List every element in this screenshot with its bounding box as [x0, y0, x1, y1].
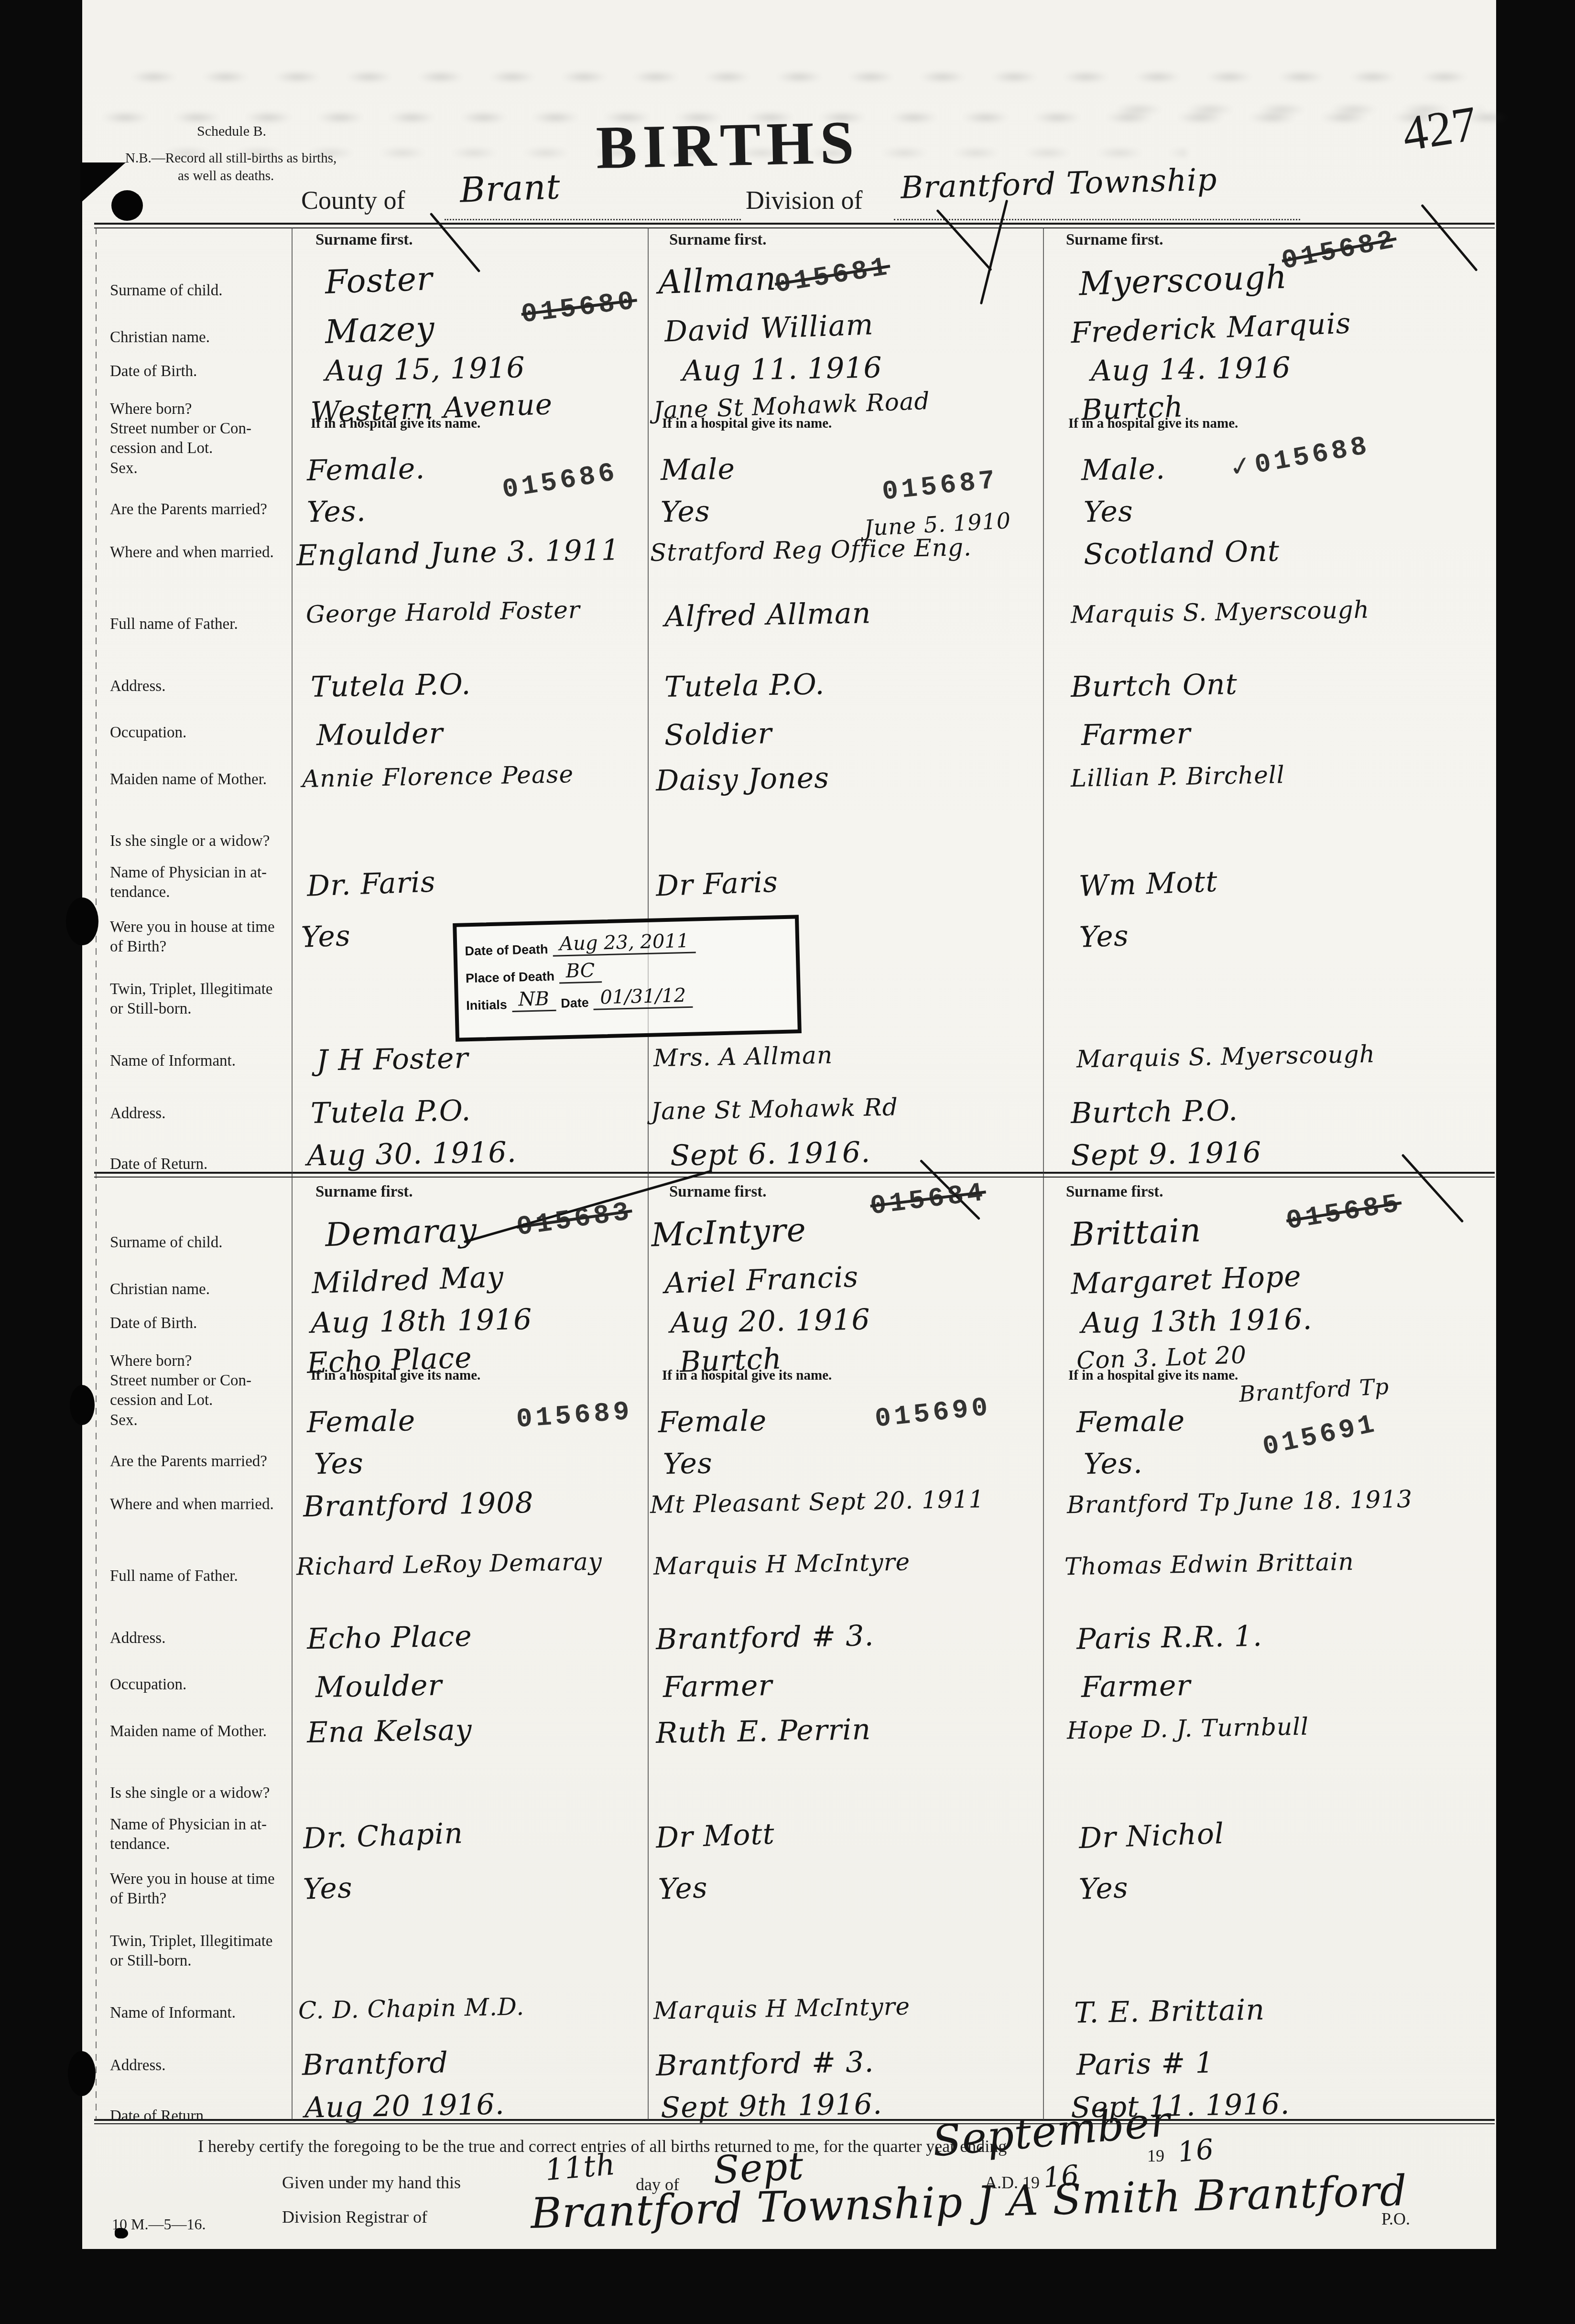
entry-informant-address: Paris # 1 [1076, 2046, 1214, 2082]
entry-date-return: Sept 9th 1916. [660, 2087, 882, 2125]
entry-sex: Female. [306, 452, 425, 487]
entry-parents-married: Yes. [306, 495, 366, 529]
entry-informant: Mrs. A Allman [653, 1041, 833, 1072]
entry-christian: Frederick Marquis [1070, 307, 1352, 350]
column-header-surname-first: Surname first. [315, 1183, 413, 1201]
entry-where-married: Brantford 1908 [303, 1486, 534, 1524]
entry-where-born: Burtch [679, 1342, 782, 1379]
row-label-informant-address: Address. [110, 1104, 287, 1124]
row-label-surname: Surname of child. [110, 281, 287, 301]
entry-dob: Aug 18th 1916 [310, 1303, 532, 1340]
entry-in-house: Yes [1079, 919, 1130, 954]
entry-physician: Dr Faris [655, 865, 779, 903]
day-value: 11th [543, 2147, 617, 2188]
page-number: 427 [1399, 95, 1481, 163]
scanned-register-page: { "page": { "number": "427", "schedule":… [0, 0, 1575, 2324]
entry-informant: T. E. Brittain [1074, 1993, 1265, 2030]
entry-where-married: England June 3. 1911 [296, 533, 620, 573]
row-label-widow: Is she single or a widow? [110, 832, 287, 851]
entry-surname: Myerscough [1078, 258, 1288, 303]
entry-sex: Female [1076, 1404, 1185, 1439]
row-label-christian: Christian name. [110, 1280, 287, 1299]
entry-father-address: Tutela P.O. [310, 668, 471, 704]
year-printed: 19 [1147, 2146, 1164, 2166]
division-registrar-label: Division Registrar of [282, 2207, 427, 2227]
row-label-occupation: Occupation. [110, 1675, 287, 1695]
entry-dob: Aug 20. 1916 [670, 1303, 870, 1340]
pen-flourish [430, 213, 481, 273]
pen-flourish [1421, 204, 1478, 271]
entry-christian: Mildred May [311, 1260, 504, 1300]
entry-where-born: Burtch [1081, 390, 1184, 427]
entry-where-born: Jane St Mohawk Road [653, 387, 930, 424]
row-label-informant-address: Address. [110, 2056, 287, 2075]
year-written: 16 [1176, 2132, 1216, 2169]
row-label-physician: Name of Physician in at- tendance. [110, 863, 287, 902]
page-title: BIRTHS [596, 107, 860, 183]
entry-mother: Hope D. J. Turnbull [1067, 1713, 1309, 1745]
entry-sex: Male [660, 453, 735, 487]
entry-physician: Dr Mott [655, 1817, 775, 1855]
county-value: Brant [459, 166, 561, 210]
punch-hole [66, 897, 98, 945]
entry-informant-address: Tutela P.O. [310, 1094, 471, 1130]
division-label: Division of [746, 185, 863, 215]
entry-where-born-extra: Brantford Tp [1238, 1373, 1390, 1407]
row-label-informant: Name of Informant. [110, 2003, 287, 2023]
row-label-informant: Name of Informant. [110, 1051, 287, 1071]
entry-christian: Margaret Hope [1070, 1260, 1302, 1301]
entry-father-address: Echo Place [306, 1620, 472, 1656]
entry-father-address: Paris R.R. 1. [1076, 1620, 1262, 1656]
entry-christian: David William [664, 308, 874, 348]
entry-in-house: Yes [1078, 1871, 1129, 1906]
row-label-father: Full name of Father. [110, 615, 287, 634]
entry-occupation: Moulder [316, 717, 443, 753]
entry-where-married: Mt Pleasant Sept 20. 1911 [650, 1485, 985, 1519]
entry-sex: Female [658, 1404, 767, 1439]
county-label: County of [301, 185, 405, 215]
entry-father: George Harold Foster [306, 596, 581, 628]
column-header-surname-first: Surname first. [669, 1183, 766, 1201]
entry-christian: Mazey [325, 310, 435, 351]
entry-physician: Dr Nichol [1078, 1817, 1225, 1856]
punch-hole [68, 2051, 96, 2096]
entry-surname: Demaray [325, 1211, 478, 1254]
entry-where-married-note: June 5. 1910 [864, 508, 1012, 541]
row-label-mother: Maiden name of Mother. [110, 770, 287, 789]
schedule-note: Schedule B. [197, 123, 266, 140]
po-label: P.O. [1381, 2209, 1410, 2229]
entry-dob: Aug 15, 1916 [325, 351, 525, 388]
row-label-return: Date of Return. [110, 1155, 287, 1174]
entry-where-born: Con 3. Lot 20 [1076, 1341, 1247, 1374]
entry-occupation: Soldier [664, 717, 772, 752]
entry-where-born: Western Avenue [310, 388, 553, 430]
row-label-mother: Maiden name of Mother. [110, 1722, 287, 1741]
entry-sex: Female [306, 1404, 415, 1439]
nb-note-line2: as well as deaths. [178, 168, 274, 184]
entry-physician: Dr. Faris [306, 865, 436, 903]
entry-dob: Aug 13th 1916. [1081, 1303, 1313, 1340]
death-initials-label: Initials [466, 997, 507, 1013]
entry-date-return: Aug 30. 1916. [306, 1135, 517, 1173]
row-label-in-house: Were you in house at time of Birth? [110, 918, 287, 957]
given-under-hand-label: Given under my hand this [282, 2173, 461, 2193]
ink-blot [115, 2228, 128, 2238]
death-initials-value: NB [511, 988, 556, 1012]
row-label-return: Date of Return. [110, 2107, 287, 2126]
entry-informant-address: Burtch P.O. [1070, 1094, 1238, 1130]
column-header-surname-first: Surname first. [669, 231, 766, 249]
entry-informant: Marquis S. Myerscough [1076, 1040, 1376, 1073]
entry-physician: Dr. Chapin [303, 1816, 464, 1856]
death-date-label: Date of Death [465, 942, 548, 959]
row-label-married: Are the Parents married? [110, 1452, 287, 1471]
death-annotation-stamp: Date of Death Aug 23, 2011 Place of Deat… [453, 915, 802, 1042]
row-label-surname: Surname of child. [110, 1233, 287, 1253]
entry-christian: Ariel Francis [664, 1260, 859, 1300]
row-label-christian: Christian name. [110, 328, 287, 347]
nb-note-line1: N.B.—Record all still-births as births, [125, 151, 337, 166]
row-label-sex: Sex. [110, 1411, 287, 1430]
division-value: Brantford Township [900, 162, 1217, 205]
entry-father-address: Burtch Ont [1070, 668, 1238, 704]
column-header-surname-first: Surname first. [315, 231, 413, 249]
entry-occupation: Moulder [315, 1669, 442, 1705]
row-label-dob: Date of Birth. [110, 1314, 287, 1333]
entry-mother: Lillian P. Birchell [1071, 761, 1285, 792]
entry-physician: Wm Mott [1078, 865, 1218, 903]
entry-mother: Daisy Jones [655, 761, 829, 798]
row-label-twin: Twin, Triplet, Illegitimate or Still-bor… [110, 980, 287, 1019]
entry-parents-married: Yes [660, 495, 710, 529]
entry-where-married: Stratford Reg Office Eng. [650, 533, 972, 567]
entry-dob: Aug 14. 1916 [1090, 351, 1291, 388]
row-label-twin: Twin, Triplet, Illegitimate or Still-bor… [110, 1932, 287, 1971]
bleed-through-smudge [125, 62, 1488, 92]
column-header-surname-first: Surname first. [1066, 231, 1163, 249]
entry-mother: Annie Florence Pease [302, 760, 574, 793]
entry-father: Alfred Allman [664, 596, 871, 634]
bottom-rule-thin [94, 2123, 1495, 2124]
row-label-dob: Date of Birth. [110, 362, 287, 381]
register-page: Schedule B. N.B.—Record all still-births… [82, 0, 1496, 2249]
entry-informant: Marquis H McIntyre [653, 1992, 911, 2024]
row-label-address: Address. [110, 677, 287, 696]
county-underline [445, 218, 741, 220]
entry-informant-address: Brantford # 3. [655, 2045, 874, 2083]
row-label-occupation: Occupation. [110, 723, 287, 743]
entry-father-address: Brantford # 3. [655, 1619, 874, 1656]
entry-in-house: Yes [303, 1871, 353, 1906]
entry-father: Marquis H McIntyre [653, 1548, 911, 1580]
entry-mother: Ruth E. Perrin [655, 1713, 871, 1750]
entry-father: Thomas Edwin Brittain [1064, 1548, 1355, 1581]
row-label-born: Where born? Street number or Con- cessio… [110, 400, 287, 458]
death-date-value: Aug 23, 2011 [553, 930, 696, 956]
entry-surname: Allman [658, 260, 777, 302]
punch-hole [70, 1385, 95, 1425]
row-label-in-house: Were you in house at time of Birth? [110, 1870, 287, 1909]
entry-date-return: Sept 6. 1916. [670, 1135, 870, 1172]
row-label-father: Full name of Father. [110, 1567, 287, 1586]
row-label-married: Are the Parents married? [110, 500, 287, 519]
entry-date-return: Aug 20 1916. [304, 2087, 505, 2124]
row-label-widow: Is she single or a widow? [110, 1784, 287, 1803]
entry-informant: C. D. Chapin M.D. [298, 1993, 525, 2024]
entry-surname: Brittain [1070, 1211, 1202, 1254]
entry-where-married: Scotland Ont [1083, 534, 1280, 571]
entry-informant: J H Foster [316, 1041, 468, 1078]
entry-mother: Ena Kelsay [306, 1713, 472, 1750]
row-label-where-married: Where and when married. [110, 543, 287, 562]
punch-hole [111, 190, 143, 221]
entry-father: Richard LeRoy Demaray [296, 1547, 603, 1580]
death-stamp-date-label: Date [561, 995, 589, 1011]
entry-occupation: Farmer [1081, 1669, 1191, 1704]
entry-in-house: Yes [301, 919, 351, 954]
death-place-label: Place of Death [466, 969, 555, 986]
entry-where-born: Echo Place [306, 1341, 473, 1380]
entry-parents-married: Yes [1083, 495, 1133, 529]
entry-parents-married: Yes [314, 1447, 364, 1481]
entry-dob: Aug 11. 1916 [682, 351, 882, 388]
entry-father: Marquis S. Myerscough [1071, 596, 1370, 629]
entry-sex: Male. [1081, 452, 1165, 487]
entry-informant-address: Brantford [302, 2046, 448, 2082]
entry-surname: Foster [325, 260, 434, 302]
entry-father-address: Tutela P.O. [664, 668, 825, 704]
death-stamp-date-value: 01/31/12 [593, 984, 693, 1010]
entry-in-house: Yes [658, 1871, 708, 1906]
death-place-value: BC [559, 959, 602, 984]
row-label-address: Address. [110, 1629, 287, 1648]
entry-occupation: Farmer [1081, 717, 1191, 752]
entry-where-married: Brantford Tp June 18. 1913 [1067, 1485, 1413, 1519]
row-label-born: Where born? Street number or Con- cessio… [110, 1351, 287, 1410]
entry-informant-address: Jane St Mohawk Rd [651, 1093, 899, 1125]
entry-surname: McIntyre [651, 1211, 807, 1254]
entry-occupation: Farmer [663, 1669, 772, 1704]
row-label-where-married: Where and when married. [110, 1495, 287, 1514]
record-block-2: Surname of child. Christian name. Date o… [82, 1177, 1496, 2121]
entry-parents-married: Yes. [1083, 1447, 1143, 1481]
row-label-sex: Sex. [110, 459, 287, 478]
division-underline [894, 218, 1300, 220]
column-header-surname-first: Surname first. [1066, 1183, 1163, 1201]
row-label-physician: Name of Physician in at- tendance. [110, 1815, 287, 1854]
entry-parents-married: Yes [663, 1447, 713, 1481]
entry-date-return: Sept 9. 1916 [1070, 1136, 1261, 1173]
